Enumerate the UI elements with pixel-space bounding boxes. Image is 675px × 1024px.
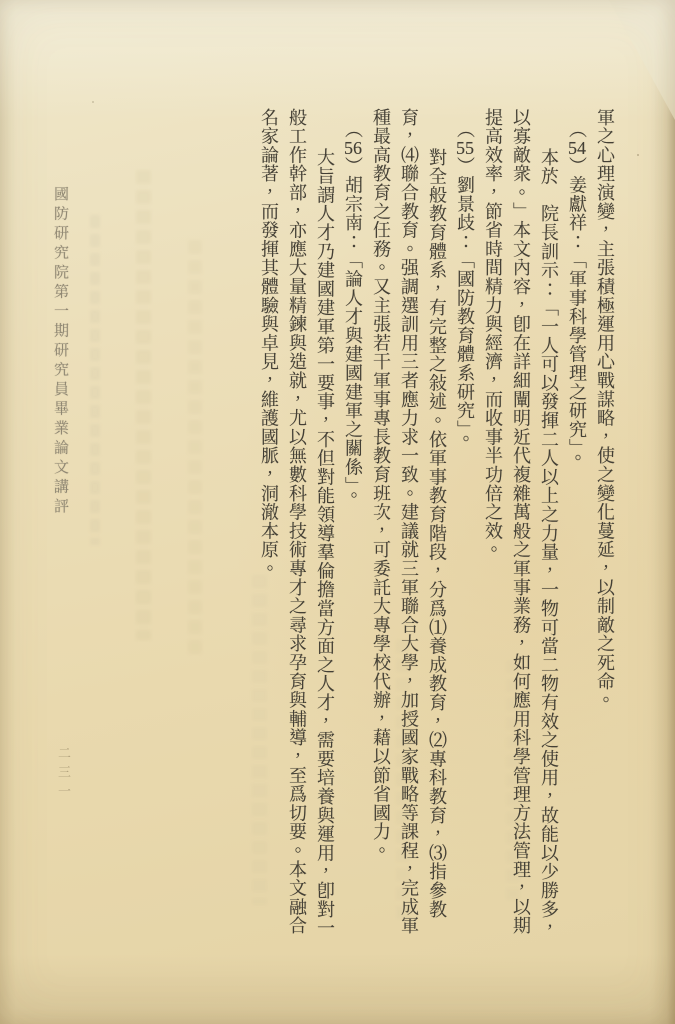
entry-54-title: 姜獻祥：「軍事科學管理之研究」。 [567,176,587,468]
paren-open: （ [343,120,363,139]
paper-speck [637,154,639,156]
entry-55-heading: （55）劉景歧：「國防教育體系研究」。 [451,108,479,938]
page-corner-fold [609,0,675,120]
showthrough-texture [90,215,100,545]
entry-56-heading: （56）胡宗南：「論人才與建國建軍之關係」。 [339,108,367,938]
paren-open: （ [455,120,475,139]
entry-54-heading: （54）姜獻祥：「軍事科學管理之研究」。 [563,108,591,938]
showthrough-texture [188,240,202,660]
entry-55-title: 劉景歧：「國防教育體系研究」。 [455,176,475,449]
entry-56-title: 胡宗南：「論人才與建國建軍之關係」。 [343,176,363,505]
page-number: 二三一 [54,746,73,803]
paren-close: ） [343,157,363,176]
book-spine-title: 國防研究院第一期研究員畢業論文講評 [50,186,71,518]
entry-56-body: 大旨謂人才乃建國建軍第一要事，不但對能領導羣倫擔當方面之人才，需要培養與運用，卽… [255,108,339,938]
entry-54-body: 本於 院長訓示：「一人可以發揮二人以上之力量，一物可當二物有效之使用，故能以少勝… [479,108,563,938]
showthrough-texture [136,170,151,640]
paren-close: ） [567,157,587,176]
paren-close: ） [455,157,475,176]
scanned-page: 軍之心理演變，主張積極運用心戰謀略，使之變化蔓延，以制敵之死命。 （54）姜獻祥… [0,0,675,1024]
paren-open: （ [567,120,587,139]
entry-56-number: 56 [343,139,363,157]
entry-54-number: 54 [567,139,587,157]
main-text-block: 軍之心理演變，主張積極運用心戰謀略，使之變化蔓延，以制敵之死命。 （54）姜獻祥… [255,108,619,938]
entry-55-body: 對全般教育體系，有完整之敍述。依軍事教育階段，分爲⑴養成教育，⑵專科教育，⑶指參… [367,108,451,938]
entry-55-number: 55 [455,139,475,157]
continuation-paragraph: 軍之心理演變，主張積極運用心戰謀略，使之變化蔓延，以制敵之死命。 [591,108,619,938]
paper-speck [92,101,94,103]
